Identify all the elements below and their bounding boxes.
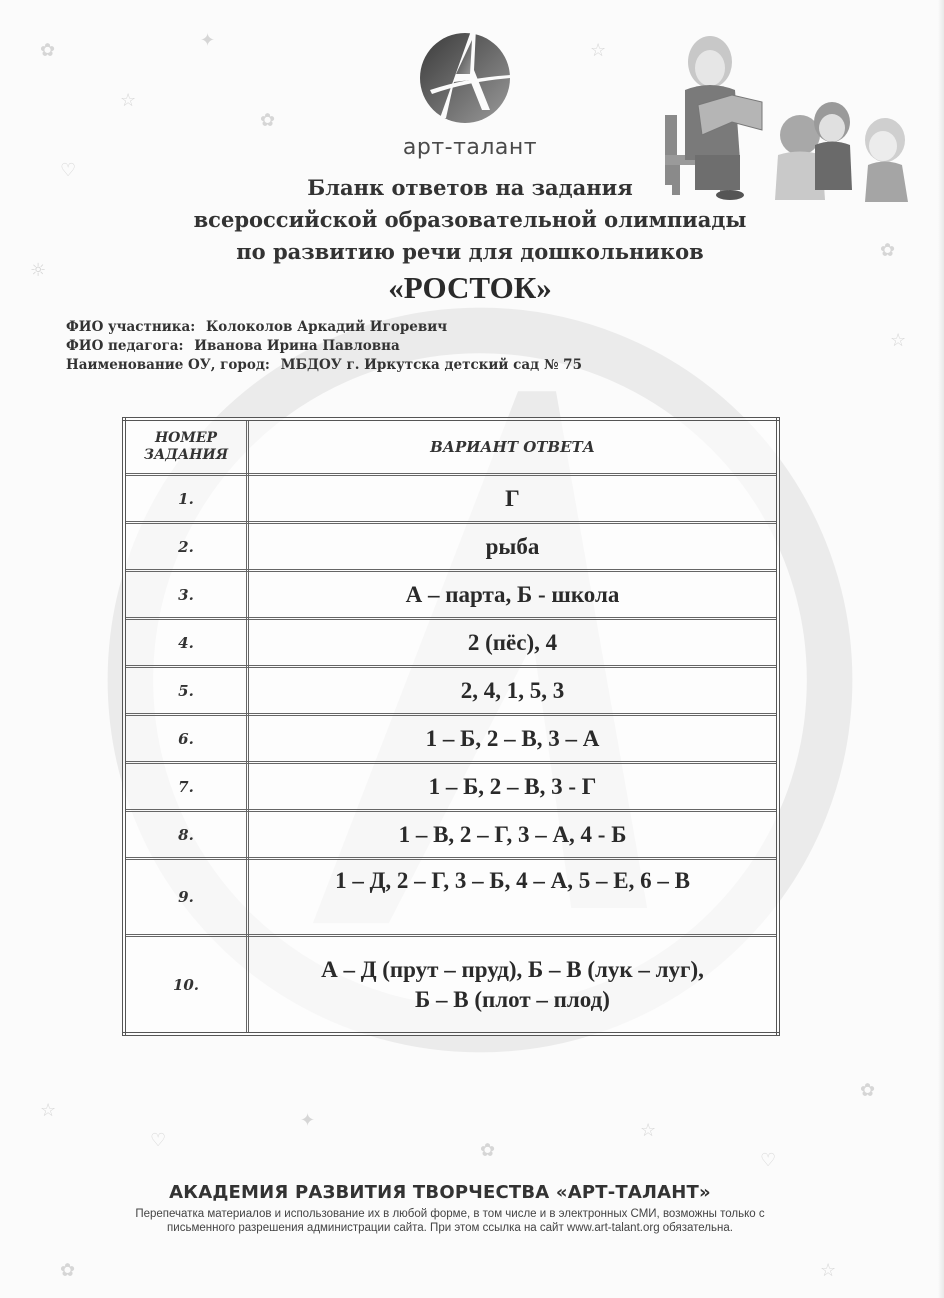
task-number: 9.: [124, 859, 248, 936]
task-answer: А – парта, Б - школа: [248, 571, 779, 619]
participant-label: ФИО участника:: [66, 319, 195, 335]
table-row: 1. Г: [124, 475, 778, 523]
participant-row: ФИО участника: Колоколов Аркадий Игореви…: [66, 318, 582, 337]
school-label: Наименование ОУ, город:: [66, 357, 270, 373]
task-number: 1.: [124, 475, 248, 523]
header-task-number: НОМЕР ЗАДАНИЯ: [124, 419, 248, 475]
logo-text: арт-талант: [370, 135, 570, 160]
task-number: 3.: [124, 571, 248, 619]
task-answer: Г: [248, 475, 779, 523]
title-line-1: Бланк ответов на задания: [140, 172, 800, 204]
school-name: МБДОУ г. Иркутска детский сад № 75: [281, 357, 582, 373]
task-number: 7.: [124, 763, 248, 811]
participant-name: Колоколов Аркадий Игоревич: [206, 319, 447, 335]
header-answer: ВАРИАНТ ОТВЕТА: [248, 419, 779, 475]
task-answer: рыба: [248, 523, 779, 571]
olympiad-name: «РОСТОК»: [140, 268, 800, 308]
task-answer: 1 – Б, 2 – В, 3 – А: [248, 715, 779, 763]
school-row: Наименование ОУ, город: МБДОУ г. Иркутск…: [66, 356, 582, 375]
teacher-label: ФИО педагога:: [66, 338, 184, 354]
answer-sheet-page: ✿ ☆ ♡ ✦ ✿ ☆ ☼ ✿ ☆ ✿ ☆ ♡ ✦ ✿ ☆ ♡ ✿ ☆ арт-…: [0, 0, 944, 1298]
task-answer: А – Д (прут – пруд), Б – В (лук – луг), …: [248, 936, 779, 1035]
footer-note-line1: Перепечатка материалов и использование и…: [70, 1207, 830, 1221]
table-row: 6. 1 – Б, 2 – В, 3 – А: [124, 715, 778, 763]
table-row: 8. 1 – В, 2 – Г, 3 – А, 4 - Б: [124, 811, 778, 859]
table-row: 3. А – парта, Б - школа: [124, 571, 778, 619]
task-answer: 1 – Д, 2 – Г, 3 – Б, 4 – А, 5 – Е, 6 – В: [248, 859, 779, 936]
task-number: 10.: [124, 936, 248, 1035]
task-answer: 2, 4, 1, 5, 3: [248, 667, 779, 715]
footer-academy-title: АКАДЕМИЯ РАЗВИТИЯ ТВОРЧЕСТВА «АРТ-ТАЛАНТ…: [80, 1182, 800, 1203]
answers-table: НОМЕР ЗАДАНИЯ ВАРИАНТ ОТВЕТА 1. Г 2. рыб…: [122, 417, 780, 1036]
task-number: 8.: [124, 811, 248, 859]
task-answer: 1 – Б, 2 – В, 3 - Г: [248, 763, 779, 811]
task-number: 4.: [124, 619, 248, 667]
table-row: 2. рыба: [124, 523, 778, 571]
task-number: 2.: [124, 523, 248, 571]
task-answer: 2 (пёс), 4: [248, 619, 779, 667]
task-number: 6.: [124, 715, 248, 763]
table-row: 10. А – Д (прут – пруд), Б – В (лук – лу…: [124, 936, 778, 1035]
header-task-number-line2: ЗАДАНИЯ: [126, 447, 246, 464]
title-line-3: по развитию речи для дошкольников: [140, 236, 800, 268]
title-line-2: всероссийской образовательной олимпиады: [140, 204, 800, 236]
table-header-row: НОМЕР ЗАДАНИЯ ВАРИАНТ ОТВЕТА: [124, 419, 778, 475]
task-number: 5.: [124, 667, 248, 715]
table-row: 7. 1 – Б, 2 – В, 3 - Г: [124, 763, 778, 811]
footer-note-line2: письменного разрешения администрации сай…: [70, 1221, 830, 1235]
task-answer-line2: Б – В (плот – плод): [249, 985, 776, 1015]
task-answer-line1: А – Д (прут – пруд), Б – В (лук – луг),: [249, 955, 776, 985]
document-title: Бланк ответов на задания всероссийской о…: [140, 172, 800, 308]
teacher-name: Иванова Ирина Павловна: [194, 338, 400, 354]
participant-info: ФИО участника: Колоколов Аркадий Игореви…: [66, 318, 582, 375]
header-task-number-line1: НОМЕР: [126, 430, 246, 447]
teacher-row: ФИО педагога: Иванова Ирина Павловна: [66, 337, 582, 356]
table-row: 4. 2 (пёс), 4: [124, 619, 778, 667]
table-row: 9. 1 – Д, 2 – Г, 3 – Б, 4 – А, 5 – Е, 6 …: [124, 859, 778, 936]
art-talant-logo-icon: [410, 20, 520, 130]
footer-copyright-note: Перепечатка материалов и использование и…: [70, 1207, 830, 1235]
scan-edge: [938, 0, 944, 1298]
table-row: 5. 2, 4, 1, 5, 3: [124, 667, 778, 715]
task-answer: 1 – В, 2 – Г, 3 – А, 4 - Б: [248, 811, 779, 859]
